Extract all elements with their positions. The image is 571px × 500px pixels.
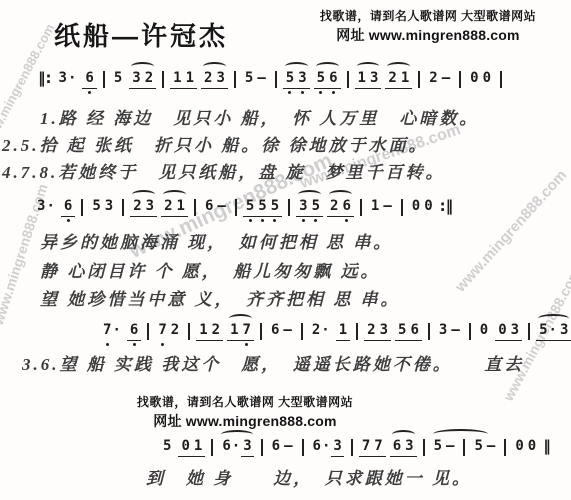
- note-group: 72: [155, 322, 182, 339]
- note: 1: [356, 70, 368, 87]
- banner-slogan: 找歌谱，请到名人歌谱网 大型歌谱网站: [293, 7, 563, 24]
- barline: [301, 323, 303, 340]
- song-title: 纸船—许冠杰: [54, 16, 228, 53]
- barline: [275, 71, 277, 88]
- barline: [234, 71, 236, 88]
- note: 2: [143, 70, 155, 87]
- note-group-slurred: 17: [227, 322, 254, 341]
- note-group-slurred: 23: [130, 198, 157, 217]
- barline: [428, 323, 430, 340]
- lyrics-line-2: 2.5.拾 起 张纸 折只小 船。徐 徐地放于水面。: [2, 131, 429, 156]
- lyrics-line-3: 4.7.8.若她终于 见只纸船，盘 旋 梦里千百转。: [2, 158, 446, 183]
- barline: [423, 439, 425, 456]
- low-octave-dot: [67, 219, 70, 222]
- barline: [235, 199, 237, 216]
- duration-dash: –: [381, 198, 393, 215]
- duration-dash: –: [255, 70, 267, 87]
- note: 2: [131, 198, 143, 215]
- augmentation-dot: ·: [68, 70, 76, 87]
- note: 6: [83, 70, 95, 87]
- barline: [528, 323, 530, 340]
- note: 6: [220, 438, 232, 457]
- augmentation-dot: ·: [549, 322, 557, 339]
- note: 6: [311, 438, 323, 457]
- rest-note: 0: [478, 322, 490, 339]
- duration-dash: –: [444, 438, 456, 455]
- note-group: 3·: [56, 70, 79, 87]
- barline: [463, 439, 465, 456]
- note: 7: [372, 438, 384, 455]
- note-group-slurred: 5–: [471, 438, 498, 455]
- barline: [103, 71, 105, 88]
- note-group: 6–: [268, 322, 295, 339]
- rest-note: 0: [179, 438, 191, 455]
- note-group: 00: [467, 70, 494, 87]
- barline: [260, 323, 262, 340]
- note: 3: [297, 198, 309, 215]
- barline: [469, 323, 471, 340]
- low-octave-dot: [273, 219, 276, 222]
- lyrics-line-6: 望 她珍惜当中意 义， 齐齐把相 思 串。: [40, 285, 401, 310]
- note: 2: [386, 70, 398, 87]
- note-group: 11: [170, 70, 197, 89]
- note-group: 6: [82, 70, 96, 89]
- note: 6: [270, 438, 282, 455]
- note-group-slurred: 21: [385, 70, 412, 89]
- note: 6: [408, 322, 420, 339]
- low-octave-dot: [301, 91, 304, 94]
- music-line-3: 7·67212176–2·123563–0035·3: [98, 312, 571, 341]
- note-group: 6–: [269, 438, 296, 455]
- rest-note: 0: [481, 70, 493, 87]
- note-group: 2–: [426, 70, 453, 87]
- low-octave-dot: [314, 219, 317, 222]
- music-line-1: ‖:3·653211235–535613212–00: [36, 60, 506, 89]
- note: 6: [128, 322, 140, 339]
- note: 1: [399, 70, 411, 87]
- note-group: 6–: [202, 198, 229, 215]
- barline: [188, 323, 190, 340]
- note-group: 77: [359, 438, 386, 457]
- note-group-slurred: 63: [390, 438, 417, 457]
- note-group: 1–: [368, 198, 395, 215]
- note-group: 5–: [431, 438, 458, 455]
- low-octave-dot: [332, 91, 335, 94]
- note: 3: [403, 438, 415, 455]
- rest-note: 0: [468, 70, 480, 87]
- lyrics-line-8: 到 她 身 边， 只求跟她一 见。: [146, 464, 472, 489]
- note: 5: [396, 322, 408, 339]
- note: 6: [391, 438, 403, 455]
- note: 2: [162, 198, 174, 215]
- note-group: 5: [111, 70, 125, 87]
- note-group: 56: [395, 322, 422, 341]
- note: 3: [130, 70, 142, 87]
- note: 3: [35, 198, 47, 215]
- note-group: 5–: [242, 70, 269, 87]
- note: 3: [368, 70, 380, 87]
- note: 6: [340, 198, 352, 215]
- note: 1: [184, 70, 196, 87]
- note-group-slurred: 13: [355, 70, 382, 89]
- duration-dash: –: [282, 438, 294, 455]
- low-octave-dot: [249, 219, 252, 222]
- note: 3: [214, 70, 226, 87]
- note: 2: [427, 70, 439, 87]
- barline: [162, 71, 164, 88]
- note-group: 6·3: [310, 438, 345, 457]
- note: 7: [241, 322, 253, 339]
- note: 2: [210, 322, 222, 339]
- note: 3: [558, 322, 570, 339]
- note-group-slurred: 53: [283, 70, 310, 89]
- augmentation-dot: ·: [322, 438, 330, 457]
- sheet-music-page: 纸船—许冠杰 找歌谱，请到名人歌谱网 大型歌谱网站 网址 www.mingren…: [0, 0, 571, 500]
- note-group: 2·: [309, 322, 332, 339]
- low-octave-dot: [161, 343, 164, 346]
- note: 5: [243, 70, 255, 87]
- note: 1: [171, 70, 183, 87]
- barline: [351, 439, 353, 456]
- barline: [122, 199, 124, 216]
- note: 6: [269, 322, 281, 339]
- low-octave-dot: [245, 343, 248, 346]
- note-group-slurred: 26: [327, 198, 354, 217]
- repeat-begin-sign: ‖:: [38, 70, 52, 87]
- note-group: 00: [409, 198, 436, 215]
- barline: [81, 199, 83, 216]
- note: 5: [256, 198, 268, 215]
- duration-dash: –: [440, 70, 452, 87]
- rest-note: 0: [422, 198, 434, 215]
- rest-note: 0: [513, 438, 525, 455]
- barline: [360, 199, 362, 216]
- barline: [147, 323, 149, 340]
- note-group: 3–: [436, 322, 463, 339]
- site-banner-top: 找歌谱，请到名人歌谱网 大型歌谱网站 网址 www.mingren888.com: [293, 7, 563, 45]
- barline: [356, 323, 358, 340]
- duration-dash: –: [449, 322, 461, 339]
- music-line-2: 3·65323216–55535261–00:‖: [32, 188, 455, 217]
- note-group: 03: [495, 322, 522, 341]
- note: 5: [112, 70, 124, 87]
- duration-dash: –: [281, 322, 293, 339]
- low-octave-dot: [133, 343, 136, 346]
- augmentation-dot: ·: [232, 438, 240, 457]
- note-group-slurred: 5·3: [536, 322, 571, 341]
- note: 5: [310, 198, 322, 215]
- repeat-end-sign: :‖: [440, 198, 454, 215]
- note: 3: [241, 438, 253, 457]
- rest-note: 0: [410, 198, 422, 215]
- note-group-slurred: 21: [161, 198, 188, 217]
- note-group-slurred: 35: [296, 198, 323, 217]
- note-group: 0: [477, 322, 491, 339]
- lyrics-line-4: 异乡的她脑海涌 现， 如何把相 思 串。: [40, 228, 393, 253]
- note-group-slurred: 6·3: [219, 438, 254, 457]
- note-group: 53: [89, 198, 116, 215]
- augmentation-dot: ·: [321, 322, 329, 339]
- note: 5: [244, 198, 256, 215]
- note: 1: [369, 198, 381, 215]
- note: 5: [269, 198, 281, 215]
- note-group: 6: [61, 198, 75, 217]
- note-group: 555: [243, 198, 282, 217]
- note: 5: [472, 438, 484, 455]
- note-group: 6: [127, 322, 141, 341]
- barline: [459, 71, 461, 88]
- watermark-text: www.mingren888.com: [452, 167, 570, 296]
- note-group-slurred: 56: [314, 70, 341, 89]
- barline: [211, 439, 213, 456]
- note: 1: [197, 322, 209, 339]
- note: 2: [310, 322, 322, 339]
- note: 1: [175, 198, 187, 215]
- note: 3: [509, 322, 521, 339]
- note: 2: [169, 322, 181, 339]
- note: 6: [327, 70, 339, 87]
- note-group: 7·: [100, 322, 123, 339]
- note-group: 23: [364, 322, 391, 341]
- note-group: 12: [196, 322, 223, 341]
- note: 7: [360, 438, 372, 455]
- note: 3: [57, 70, 69, 87]
- note: 3: [103, 198, 115, 215]
- barline: [418, 71, 420, 88]
- note-group-slurred: 23: [201, 70, 228, 89]
- note: 3: [378, 322, 390, 339]
- rest-note: 0: [526, 438, 538, 455]
- barline: [288, 199, 290, 216]
- lyrics-line-5: 静 心闭目许 个 愿， 船儿匆匆飘 远。: [40, 257, 381, 282]
- rest-note: 0: [496, 322, 508, 339]
- note: 1: [337, 322, 349, 339]
- note: 3: [331, 438, 343, 457]
- banner-url: 网址 www.mingren888.com: [293, 25, 563, 45]
- note: 2: [365, 322, 377, 339]
- note: 5: [90, 198, 102, 215]
- barline: [261, 439, 263, 456]
- barline: [500, 71, 502, 88]
- duration-dash: –: [215, 198, 227, 215]
- note: 7: [156, 322, 168, 339]
- note: 5: [284, 70, 296, 87]
- note-group: 3·: [34, 198, 57, 215]
- barline: [194, 199, 196, 216]
- low-octave-dot: [345, 219, 348, 222]
- note: 5: [432, 438, 444, 455]
- note-group-slurred: 32: [129, 70, 156, 89]
- low-octave-dot: [319, 91, 322, 94]
- low-octave-dot: [261, 219, 264, 222]
- low-octave-dot: [302, 219, 305, 222]
- augmentation-dot: ·: [46, 198, 54, 215]
- site-banner-bottom: 找歌谱，请到名人歌谱网 大型歌谱网站 网址 www.mingren888.com: [108, 393, 382, 431]
- note: 5: [315, 70, 327, 87]
- lyrics-line-1: 1.路 经 海边 见只小 船， 怀 人万里 心暗数。: [40, 104, 479, 129]
- barline: [302, 439, 304, 456]
- barline: [401, 199, 403, 216]
- duration-dash: –: [485, 438, 497, 455]
- music-line-4: 5016·36–6·377635–5–00‖: [158, 428, 553, 457]
- note-group: 01: [178, 438, 205, 457]
- note: 6: [203, 198, 215, 215]
- low-octave-dot: [288, 91, 291, 94]
- final-barline: ‖: [543, 438, 551, 455]
- barline: [504, 439, 506, 456]
- low-octave-dot: [88, 91, 91, 94]
- note: 5: [537, 322, 549, 339]
- note-group: 1: [336, 322, 350, 341]
- note-group: 00: [512, 438, 539, 455]
- note: 1: [192, 438, 204, 455]
- banner-slogan: 找歌谱，请到名人歌谱网 大型歌谱网站: [108, 393, 382, 410]
- note: 7: [101, 322, 113, 339]
- note: 6: [62, 198, 74, 215]
- low-octave-dot: [106, 343, 109, 346]
- barline: [347, 71, 349, 88]
- note: 2: [328, 198, 340, 215]
- note: 3: [144, 198, 156, 215]
- note: 3: [296, 70, 308, 87]
- note: 5: [161, 438, 173, 455]
- note: 2: [202, 70, 214, 87]
- lyrics-line-7: 3.6.望 船 实践 我这个 愿， 遥遥长路她不倦。 直去: [22, 350, 524, 375]
- augmentation-dot: ·: [112, 322, 120, 339]
- note: 3: [437, 322, 449, 339]
- note: 1: [228, 322, 240, 339]
- note-group: 5: [160, 438, 174, 455]
